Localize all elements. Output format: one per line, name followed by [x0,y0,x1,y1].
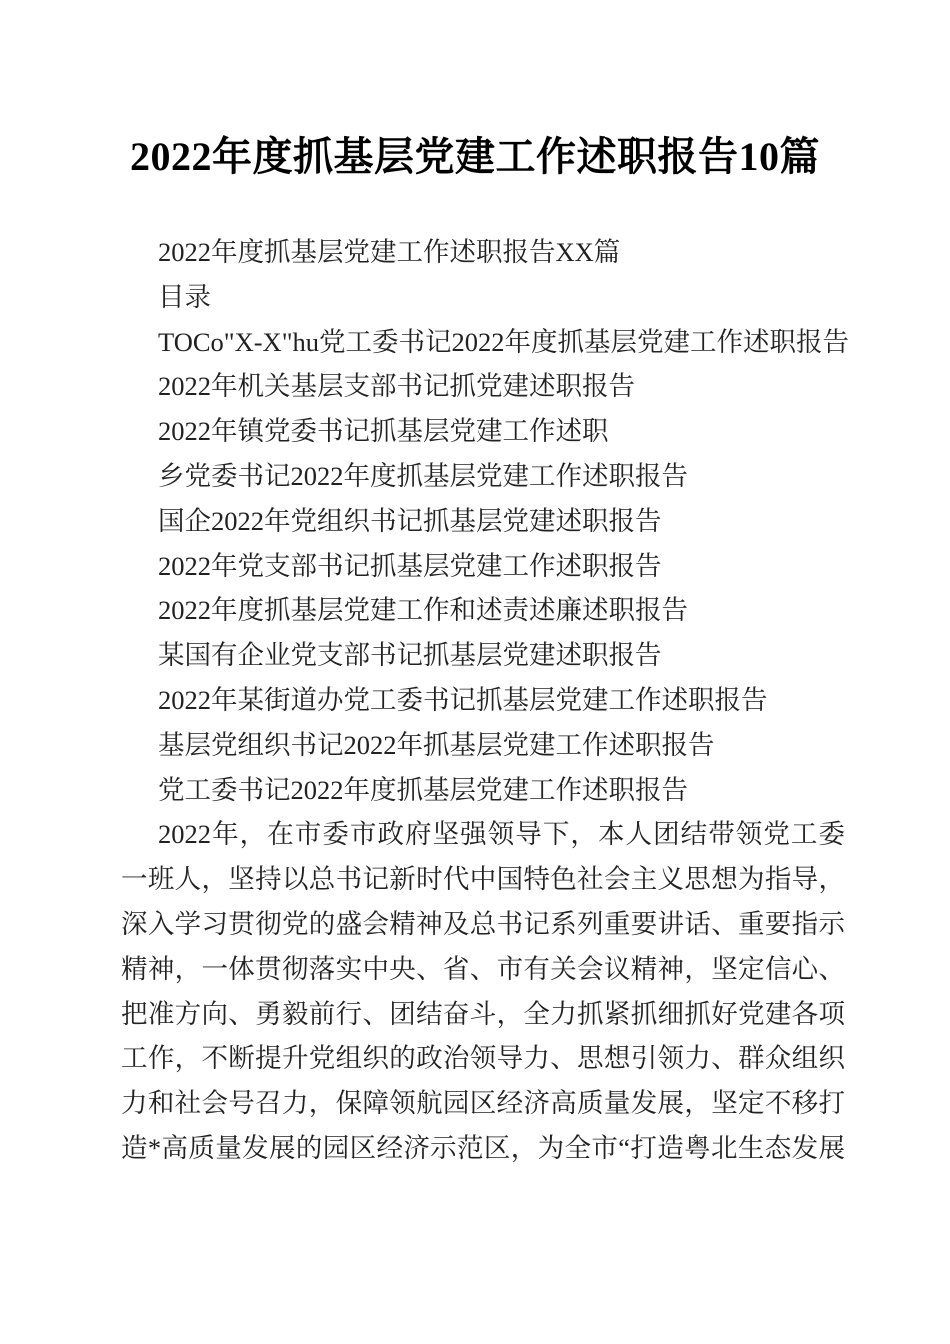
document-page: 2022年度抓基层党建工作述职报告10篇 2022年度抓基层党建工作述职报告XX… [0,0,950,1344]
toc-entry: 2022年机关基层支部书记抓党建述职报告 [121,364,845,409]
toc-entry: 党工委书记2022年度抓基层党建工作述职报告 [121,768,845,813]
toc-entry: 2022年某街道办党工委书记抓基层党建工作述职报告 [121,678,845,723]
paragraph-line: 造*高质量发展的园区经济示范区，为全市“打造粤北生态发展 [121,1126,845,1171]
paragraph-line: 把准方向、勇毅前行、团结奋斗，全力抓紧抓细抓好党建各项 [121,992,845,1037]
paragraph-line: 一班人，坚持以总书记新时代中国特色社会主义思想为指导， [121,857,845,902]
toc-entry: 2022年镇党委书记抓基层党建工作述职 [121,409,845,454]
toc-entry: 2022年度抓基层党建工作和述责述廉述职报告 [121,588,845,633]
document-title: 2022年度抓基层党建工作述职报告10篇 [60,132,890,182]
paragraph-line: 精神，一体贯彻落实中央、省、市有关会议精神，坚定信心、 [121,947,845,992]
toc-entry: 基层党组织书记2022年抓基层党建工作述职报告 [121,723,845,768]
paragraph-line: 力和社会号召力，保障领航园区经济高质量发展，坚定不移打 [121,1081,845,1126]
toc-entry: TOCo"X-X"hu党工委书记2022年度抓基层党建工作述职报告 [121,320,845,365]
toc-entry: 某国有企业党支部书记抓基层党建述职报告 [121,633,845,678]
toc-heading: 目录 [121,275,845,320]
document-subtitle: 2022年度抓基层党建工作述职报告XX篇 [121,230,845,275]
toc-entry: 国企2022年党组织书记抓基层党建述职报告 [121,499,845,544]
paragraph-line: 工作，不断提升党组织的政治领导力、思想引领力、群众组织 [121,1036,845,1081]
document-content: 2022年度抓基层党建工作述职报告XX篇 目录 TOCo"X-X"hu党工委书记… [121,230,845,1171]
paragraph-line: 深入学习贯彻党的盛会精神及总书记系列重要讲话、重要指示 [121,902,845,947]
toc-entry: 乡党委书记2022年度抓基层党建工作述职报告 [121,454,845,499]
paragraph-line: 2022年，在市委市政府坚强领导下，本人团结带领党工委 [121,812,845,857]
toc-entry: 2022年党支部书记抓基层党建工作述职报告 [121,544,845,589]
